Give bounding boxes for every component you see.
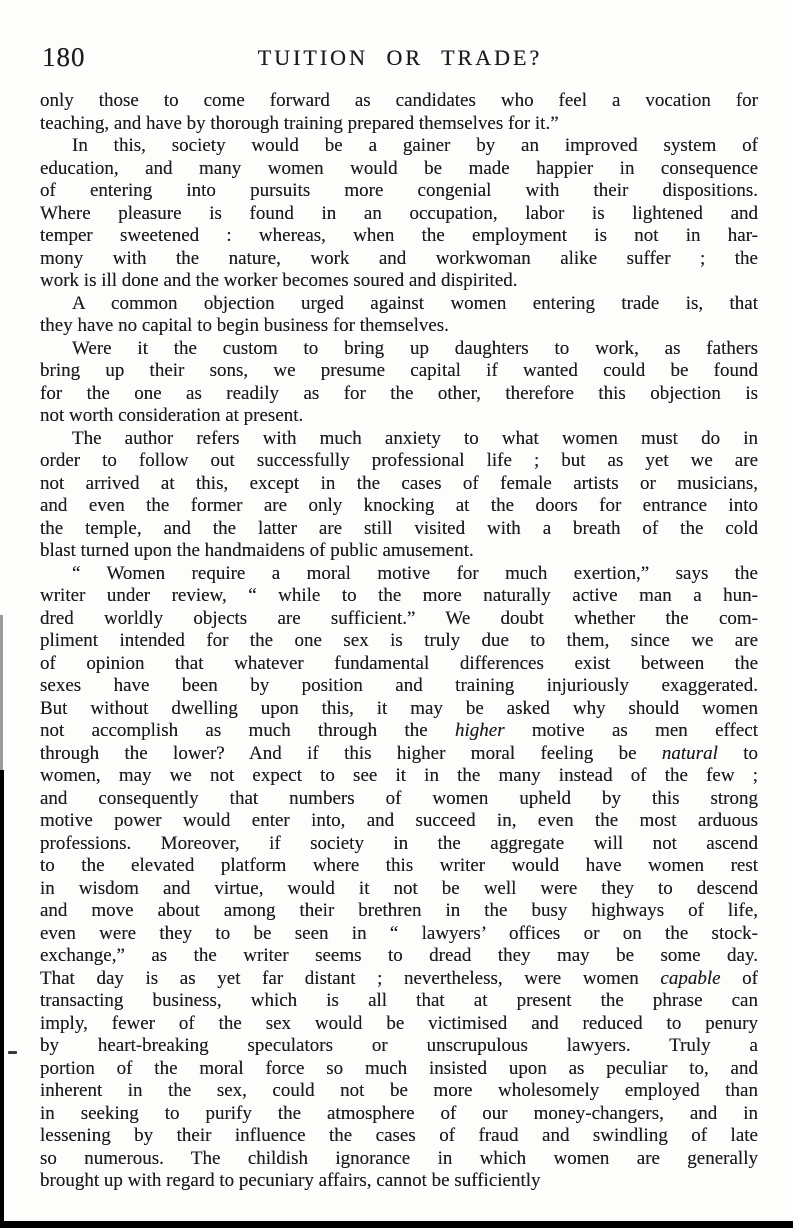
scan-edge-left-gray (0, 615, 3, 775)
page-title: TUITION OR TRADE? (40, 45, 760, 71)
text-line: writer under review, “ while to the more… (40, 585, 758, 608)
text-line: through the lower? And if this higher mo… (40, 743, 758, 766)
text-line: brought up with regard to pecuniary affa… (40, 1170, 758, 1193)
text-line: lessening by their influence the cases o… (40, 1125, 758, 1148)
text-line: of entering into pursuits more congenial… (40, 180, 758, 203)
text-line: not arrived at this, except in the cases… (40, 473, 758, 496)
text-line: they have no capital to begin business f… (40, 315, 758, 338)
text-line: not worth consideration at present. (40, 405, 758, 428)
text-line: The author refers with much anxiety to w… (40, 428, 758, 451)
text-line: exchange,” as the writer seems to dread … (40, 945, 758, 968)
text-line: “ Women require a moral motive for much … (40, 563, 758, 586)
text-line: only those to come forward as candidates… (40, 90, 758, 113)
text-line: professions. Moreover, if society in the… (40, 833, 758, 856)
text-line: by heart-breaking speculators or unscrup… (40, 1035, 758, 1058)
text-line: and consequently that numbers of women u… (40, 788, 758, 811)
text-line: portion of the moral force so much insis… (40, 1058, 758, 1081)
scanned-book-page: 180 TUITION OR TRADE? only those to come… (0, 0, 793, 1228)
text-line: and even the former are only knocking at… (40, 495, 758, 518)
text-line: motive power would enter into, and succe… (40, 810, 758, 833)
body-text: only those to come forward as candidates… (40, 90, 758, 1193)
text-line: teaching, and have by thorough training … (40, 113, 758, 136)
text-line: education, and many women would be made … (40, 158, 758, 181)
scan-edge-left-black (0, 770, 4, 1228)
text-line: blast turned upon the handmaidens of pub… (40, 540, 758, 563)
text-line: so numerous. The childish ignorance in w… (40, 1148, 758, 1171)
text-line: But without dwelling upon this, it may b… (40, 698, 758, 721)
text-line: the temple, and the latter are still vis… (40, 518, 758, 541)
text-line: Where pleasure is found in an occupation… (40, 203, 758, 226)
text-line: dred worldly objects are sufficient.” We… (40, 608, 758, 631)
page-header: 180 TUITION OR TRADE? (40, 42, 760, 76)
text-line: of opinion that whatever fundamental dif… (40, 653, 758, 676)
text-line: temper sweetened : whereas, when the emp… (40, 225, 758, 248)
text-line: transacting business, which is all that … (40, 990, 758, 1013)
text-line: work is ill done and the worker becomes … (40, 270, 758, 293)
text-line: A common objection urged against women e… (40, 293, 758, 316)
text-line: bring up their sons, we presume capital … (40, 360, 758, 383)
text-line: in wisdom and virtue, would it not be we… (40, 878, 758, 901)
text-line: In this, society would be a gainer by an… (40, 135, 758, 158)
scan-edge-bottom (0, 1221, 793, 1228)
text-line: women, may we not expect to see it in th… (40, 765, 758, 788)
text-line: pliment intended for the one sex is trul… (40, 630, 758, 653)
text-line: imply, fewer of the sex would be victimi… (40, 1013, 758, 1036)
text-line: sexes have been by position and training… (40, 675, 758, 698)
text-line: in seeking to purify the atmosphere of o… (40, 1103, 758, 1126)
text-line: and move about among their brethren in t… (40, 900, 758, 923)
text-line: Were it the custom to bring up daughters… (40, 338, 758, 361)
text-line: order to follow out successfully profess… (40, 450, 758, 473)
text-line: even were they to be seen in “ lawyers’ … (40, 923, 758, 946)
text-line: inherent in the sex, could not be more w… (40, 1080, 758, 1103)
text-line: mony with the nature, work and workwoman… (40, 248, 758, 271)
margin-dash-artifact (8, 1051, 17, 1054)
text-line: for the one as readily as for the other,… (40, 383, 758, 406)
text-line: to the elevated platform where this writ… (40, 855, 758, 878)
text-line: That day is as yet far distant ; neverth… (40, 968, 758, 991)
text-line: not accomplish as much through the highe… (40, 720, 758, 743)
